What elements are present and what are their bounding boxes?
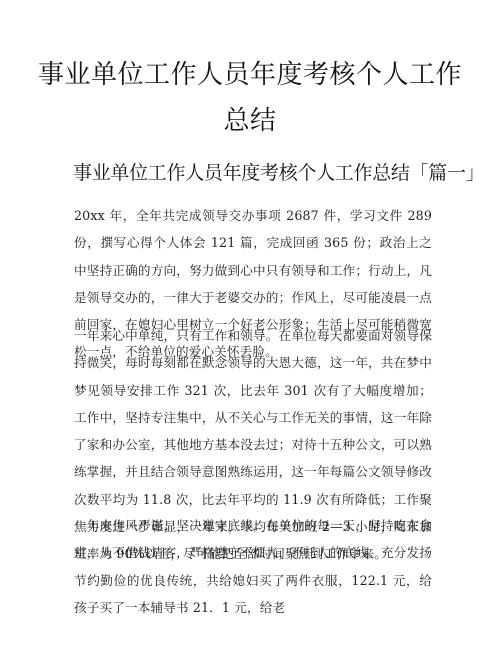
section-heading: 事业单位工作人员年度考核个人工作总结「篇一」 — [73, 161, 433, 185]
document-title-line-1: 事业单位工作人员年度考核个人工作 — [0, 60, 500, 90]
document-page: 事业单位工作人员年度考核个人工作 总结 事业单位工作人员年度考核个人工作总结「篇… — [0, 0, 500, 647]
paragraph-3: 一年来作风严谨，坚决遵守底线。在单位的每一天，坚持吃在食堂，从不借钱请客，严格遵… — [74, 512, 432, 621]
document-title-line-2: 总结 — [0, 106, 500, 136]
